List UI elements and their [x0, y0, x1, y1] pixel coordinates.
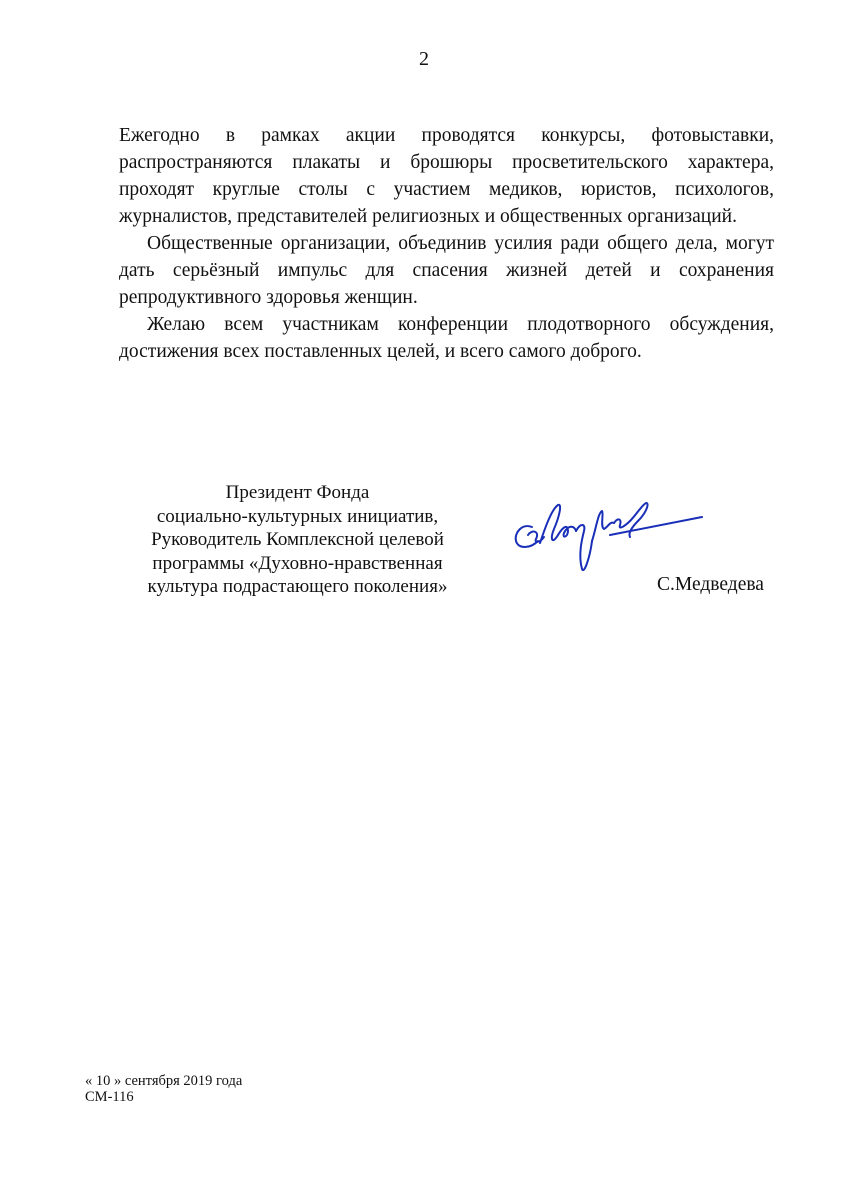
document-date: « 10 » сентября 2019 года [85, 1073, 242, 1089]
document-footer: « 10 » сентября 2019 года СМ-116 [85, 1073, 242, 1105]
paragraph-wishes: Желаю всем участникам конференции плодот… [119, 311, 774, 365]
signatory-title-line: Руководитель Комплексной целевой [100, 528, 495, 552]
signer-name: С.Медведева [657, 574, 764, 596]
signatory-title-line: программы «Духовно-нравственная [100, 552, 495, 576]
document-reference-number: СМ-116 [85, 1089, 242, 1105]
signatory-title: Президент Фонда социально-культурных ини… [100, 481, 495, 599]
page-number: 2 [0, 48, 848, 71]
handwritten-signature [510, 495, 705, 575]
letter-body: Ежегодно в рамках акции проводятся конку… [119, 122, 774, 365]
paragraph-events: Ежегодно в рамках акции проводятся конку… [119, 122, 774, 230]
signatory-title-line: культура подрастающего поколения» [100, 575, 495, 599]
paragraph-organizations: Общественные организации, объединив усил… [119, 230, 774, 311]
signatory-title-line: социально-культурных инициатив, [100, 505, 495, 529]
signatory-title-line: Президент Фонда [100, 481, 495, 505]
